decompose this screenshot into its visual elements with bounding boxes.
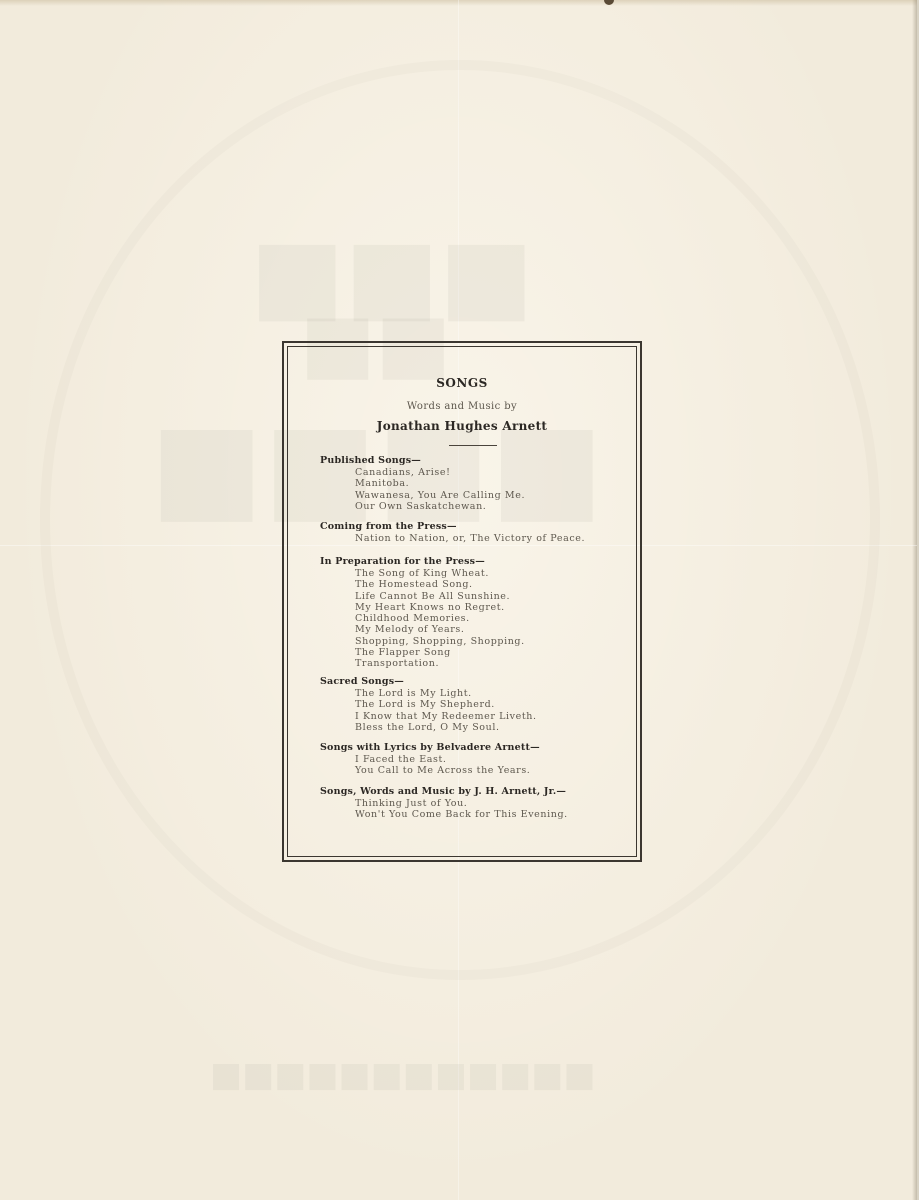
section-heading: In Preparation for the Press— [320,556,525,568]
song-item: Life Cannot Be All Sunshine. [355,591,525,602]
song-item: Manitoba. [355,478,525,489]
section-heading: Songs, Words and Music by J. H. Arnett, … [320,786,568,798]
section-sacred-songs: Sacred Songs— The Lord is My Light. The … [320,676,537,733]
page-title: SONGS [284,376,640,390]
section-coming-from-press: Coming from the Press— Nation to Nation,… [320,521,585,544]
song-list: The Lord is My Light. The Lord is My She… [320,688,537,733]
song-item: I Faced the East. [355,754,540,765]
section-heading: Songs with Lyrics by Belvadere Arnett— [320,742,540,754]
songs-list-frame: SONGS Words and Music by Jonathan Hughes… [282,341,642,862]
section-lyrics-belvadere: Songs with Lyrics by Belvadere Arnett— I… [320,742,540,777]
divider [449,445,497,446]
song-item: Our Own Saskatchewan. [355,501,525,512]
song-list: Canadians, Arise! Manitoba. Wawanesa, Yo… [320,467,525,512]
section-heading: Sacred Songs— [320,676,537,688]
song-item: Bless the Lord, O My Soul. [355,722,537,733]
show-through-artwork: ■■■■■■■■■■■■ [210,1055,596,1095]
song-item: My Heart Knows no Regret. [355,602,525,613]
section-heading: Published Songs— [320,455,525,467]
song-list: I Faced the East. You Call to Me Across … [320,754,540,777]
page-edge-shadow-right [912,0,917,1200]
song-item: Canadians, Arise! [355,467,525,478]
section-in-preparation: In Preparation for the Press— The Song o… [320,556,525,670]
section-heading: Coming from the Press— [320,521,585,533]
song-list: The Song of King Wheat. The Homestead So… [320,568,525,670]
song-item: The Flapper Song [355,647,525,658]
song-item: I Know that My Redeemer Liveth. [355,711,537,722]
subtitle: Words and Music by [284,401,640,412]
section-jh-arnett-jr: Songs, Words and Music by J. H. Arnett, … [320,786,568,821]
author-name: Jonathan Hughes Arnett [284,419,640,433]
song-item: Childhood Memories. [355,613,525,624]
song-list: Thinking Just of You. Won't You Come Bac… [320,798,568,821]
paper-page: ■■■ ■■ ■■■■ ■■■■■■■■■■■■ SONGS Words and… [0,0,917,1200]
song-item: You Call to Me Across the Years. [355,765,540,776]
song-item: Shopping, Shopping, Shopping. [355,636,525,647]
song-item: My Melody of Years. [355,624,525,635]
song-item: The Song of King Wheat. [355,568,525,579]
song-item: The Homestead Song. [355,579,525,590]
section-published-songs: Published Songs— Canadians, Arise! Manit… [320,455,525,512]
song-list: Nation to Nation, or, The Victory of Pea… [320,533,585,544]
song-item: The Lord is My Shepherd. [355,699,537,710]
song-item: Transportation. [355,658,525,669]
song-item: Thinking Just of You. [355,798,568,809]
song-item: Wawanesa, You Are Calling Me. [355,490,525,501]
song-item: The Lord is My Light. [355,688,537,699]
song-item: Won't You Come Back for This Evening. [355,809,568,820]
song-item: Nation to Nation, or, The Victory of Pea… [355,533,585,544]
